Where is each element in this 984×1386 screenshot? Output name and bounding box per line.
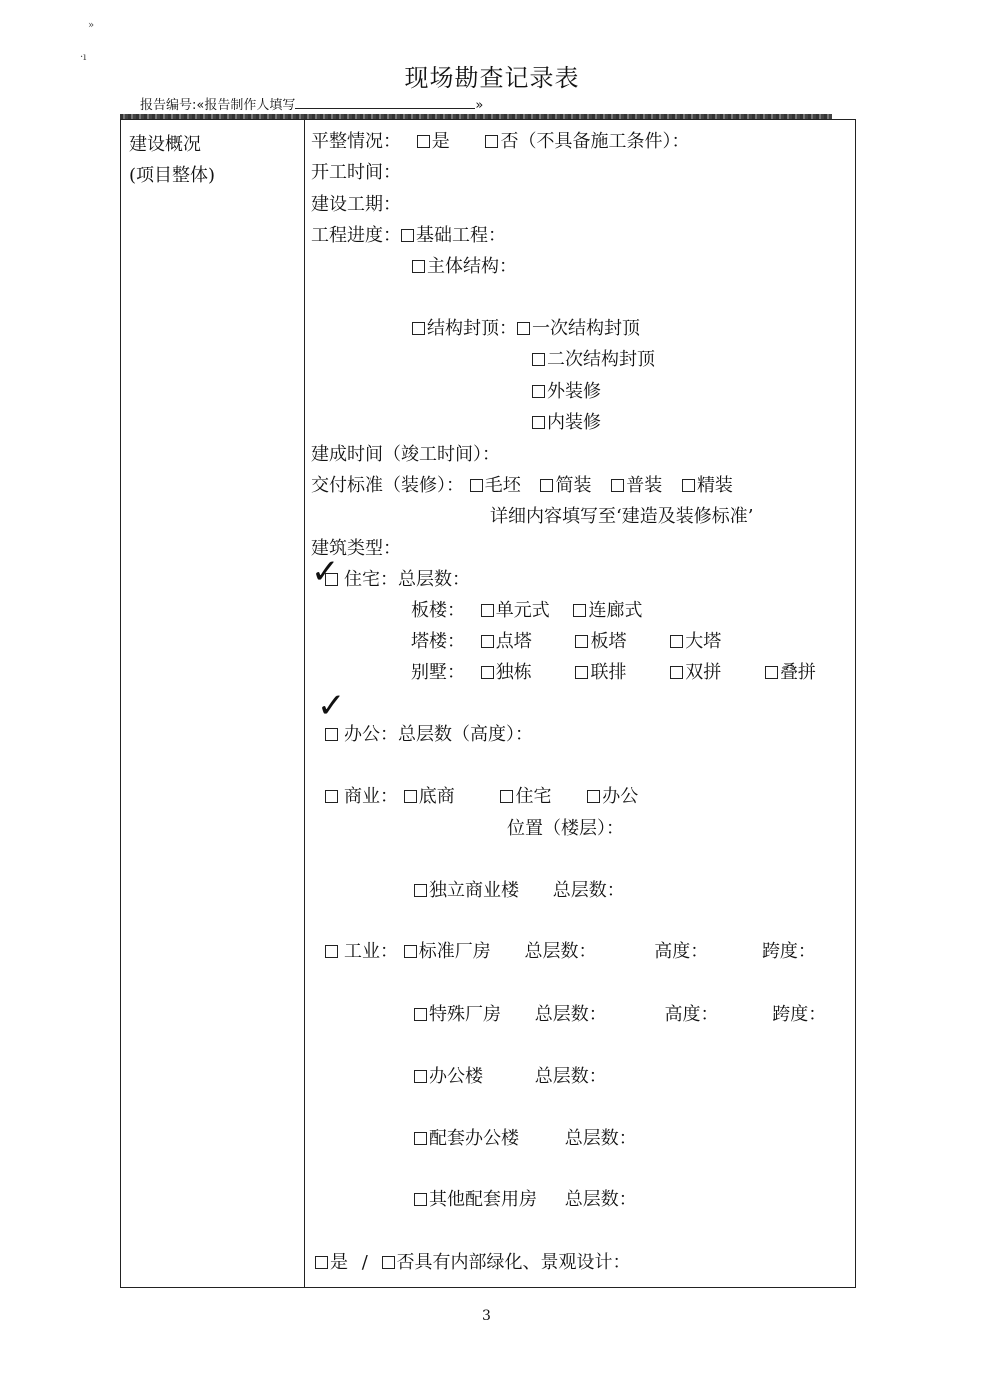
- delivery-rough-checkbox[interactable]: [470, 479, 483, 492]
- landscape-yes-checkbox[interactable]: [315, 1256, 328, 1269]
- villa-stacked-checkbox[interactable]: [765, 666, 778, 679]
- commercial-position-label: 位置（楼层）：: [507, 814, 624, 840]
- other-support-checkbox[interactable]: [414, 1193, 427, 1206]
- capping-row: 结构封顶：一次结构封顶: [412, 314, 640, 340]
- slab-corridor-checkbox[interactable]: [573, 604, 586, 617]
- delivery-note: 详细内容填写至‘建造及装修标准’: [490, 502, 753, 528]
- tower-row: 塔楼： 点塔 板塔 大塔: [411, 627, 721, 653]
- main-structure-checkbox[interactable]: [412, 260, 425, 273]
- scan-speck: »: [88, 20, 94, 31]
- progress-row: 工程进度：基础工程：: [311, 221, 506, 247]
- report-number-field[interactable]: [295, 96, 475, 109]
- slab-unit-checkbox[interactable]: [481, 604, 494, 617]
- period-label: 建设工期：: [311, 190, 401, 216]
- scan-speck: ·ı: [80, 52, 86, 63]
- exterior-row: 外装修: [532, 377, 601, 403]
- villa-row: 别墅： 独栋 联排 双拼 叠拼: [411, 658, 816, 684]
- support-office-row: 配套办公楼 总层数：: [414, 1124, 637, 1150]
- capping-first-checkbox[interactable]: [517, 322, 530, 335]
- delivery-simple-checkbox[interactable]: [540, 479, 553, 492]
- start-time-label: 开工时间：: [311, 158, 401, 184]
- leveling-no-checkbox[interactable]: [485, 135, 498, 148]
- handwritten-check-icon: ✓: [311, 552, 340, 592]
- standard-plant-checkbox[interactable]: [404, 945, 417, 958]
- tower-large-checkbox[interactable]: [670, 635, 683, 648]
- special-plant-row: 特殊厂房 总层数： 高度： 跨度：: [414, 1000, 826, 1026]
- industrial-checkbox[interactable]: [325, 945, 338, 958]
- office-building-checkbox[interactable]: [414, 1070, 427, 1083]
- slab-row: 板楼： 单元式 连廊式: [411, 596, 642, 622]
- section-subtitle: (项目整体): [129, 161, 215, 187]
- column-divider: [304, 120, 305, 1287]
- capping-second-checkbox[interactable]: [532, 353, 545, 366]
- leveling-row: 平整情况： 是 否（不具备施工条件）：: [311, 127, 689, 153]
- special-plant-checkbox[interactable]: [414, 1008, 427, 1021]
- capping-checkbox[interactable]: [412, 322, 425, 335]
- industrial-row: 工业： 标准厂房 总层数： 高度： 跨度：: [325, 937, 816, 963]
- tower-slab-checkbox[interactable]: [575, 635, 588, 648]
- standalone-commercial-row: 独立商业楼 总层数：: [414, 876, 625, 902]
- office-checkbox[interactable]: [325, 728, 338, 741]
- standalone-commercial-checkbox[interactable]: [414, 884, 427, 897]
- tower-point-checkbox[interactable]: [481, 635, 494, 648]
- commercial-residential-checkbox[interactable]: [500, 790, 513, 803]
- delivery-standard-checkbox[interactable]: [611, 479, 624, 492]
- commercial-row: 商业： 底商 住宅 办公: [325, 782, 638, 808]
- villa-townhouse-checkbox[interactable]: [575, 666, 588, 679]
- landscape-row: 是 / 否具有内部绿化、景观设计：: [315, 1248, 631, 1274]
- delivery-row: 交付标准（装修）： 毛坯 简装 普装 精装: [311, 471, 733, 497]
- leveling-yes-checkbox[interactable]: [417, 135, 430, 148]
- villa-detached-checkbox[interactable]: [481, 666, 494, 679]
- office-row: 办公：总层数（高度）：: [325, 720, 533, 746]
- page-number: 3: [482, 1308, 491, 1324]
- interior-row: 内装修: [532, 408, 601, 434]
- main-structure-row: 主体结构：: [412, 252, 517, 278]
- delivery-fine-checkbox[interactable]: [682, 479, 695, 492]
- capping-second-row: 二次结构封顶: [532, 345, 655, 371]
- completion-time-label: 建成时间（竣工时间）：: [311, 440, 500, 466]
- residential-row: 住宅：总层数：: [325, 565, 470, 591]
- villa-duplex-checkbox[interactable]: [670, 666, 683, 679]
- report-number: 报告编号:«报告制作人填写»: [140, 94, 483, 113]
- office-building-row: 办公楼 总层数：: [414, 1062, 607, 1088]
- other-support-row: 其他配套用房 总层数：: [414, 1185, 637, 1211]
- commercial-checkbox[interactable]: [325, 790, 338, 803]
- exterior-checkbox[interactable]: [532, 385, 545, 398]
- page-title: 现场勘查记录表: [0, 58, 984, 93]
- foundation-checkbox[interactable]: [401, 229, 414, 242]
- survey-table: 建设概况 (项目整体) 平整情况： 是 否（不具备施工条件）： 开工时间： 建设…: [120, 119, 856, 1288]
- commercial-office-checkbox[interactable]: [587, 790, 600, 803]
- landscape-no-checkbox[interactable]: [382, 1256, 395, 1269]
- commercial-ground-checkbox[interactable]: [404, 790, 417, 803]
- section-title: 建设概况: [129, 130, 201, 156]
- support-office-checkbox[interactable]: [414, 1132, 427, 1145]
- report-number-label: 报告编号:«报告制作人填写: [140, 98, 295, 113]
- interior-checkbox[interactable]: [532, 416, 545, 429]
